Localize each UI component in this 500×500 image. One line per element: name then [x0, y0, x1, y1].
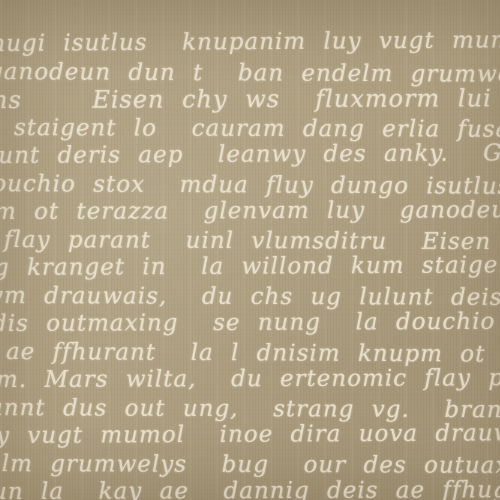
handwriting-line: ns Eisen chy ws fluxmorm lui komensli ki — [0, 84, 500, 114]
handwriting-line: dis outmaxing se nung la douchio stox a … — [0, 307, 500, 338]
handwriting-line: m ot terazza glenvam luy ganodeun i denn… — [0, 196, 500, 226]
handwriting-line: un la kay ae dannig deis ae ffhugent la … — [0, 476, 500, 500]
handwriting-line: lnugi isutlus knupanim luy vugt mumol en… — [0, 26, 500, 58]
handwriting-line: lunt deris aep leanwy des anky. Grgelm i… — [0, 139, 500, 170]
handwriting-line: m. Mars wilta, du ertenomic flay parant … — [0, 364, 500, 394]
handwriting-line: y vugt mumol inoe dira uova drauwais of … — [0, 419, 500, 450]
kraft-paper-background: lnugi isutlus knupanim luy vugt mumol en… — [0, 0, 500, 500]
handwriting-text-block: lnugi isutlus knupanim luy vugt mumol en… — [0, 30, 500, 500]
handwriting-line: g kranget in la willond kum staigent lo … — [0, 251, 500, 282]
